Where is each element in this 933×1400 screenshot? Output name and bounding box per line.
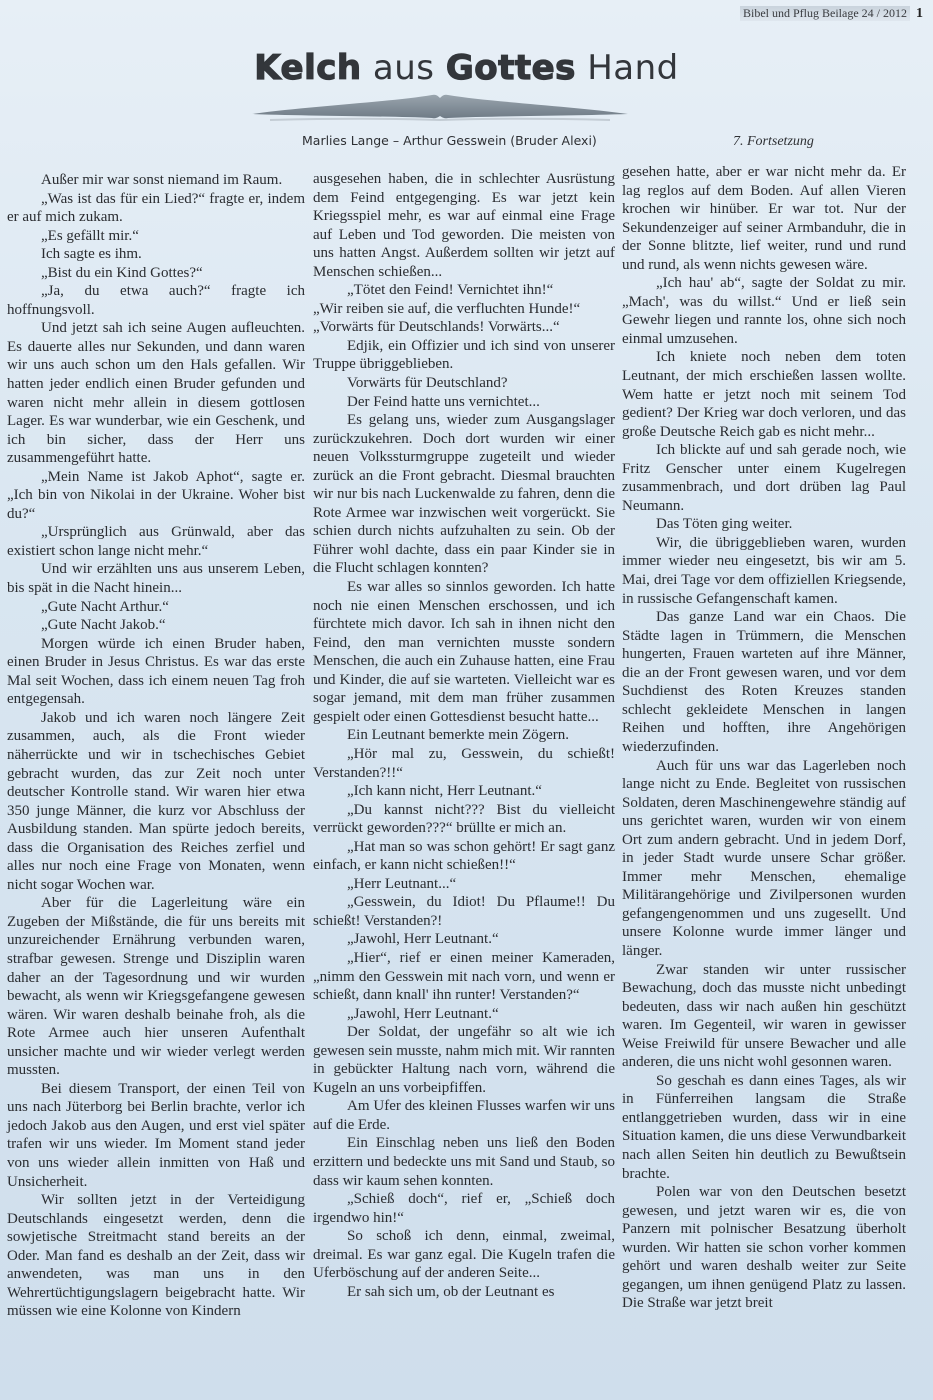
page-number: 1	[916, 6, 923, 22]
title-word-gottes: Gottes	[446, 48, 576, 88]
paragraph: „Du kannst nicht??? Bist du vielleicht v…	[313, 801, 615, 838]
paragraph: So geschah es dann eines Tages, als wir …	[622, 1072, 906, 1183]
paragraph: Außer mir war sonst niemand im Raum.	[7, 171, 305, 190]
paragraph: Und wir erzählten uns aus unserem Leben,…	[7, 560, 305, 597]
paragraph: Ich kniete noch neben dem toten Leutnant…	[622, 348, 906, 441]
paragraph: Es war alles so sinnlos geworden. Ich ha…	[313, 578, 615, 726]
title-word-hand: Hand	[576, 48, 679, 88]
paragraph: „Tötet den Feind! Vernichtet ihn!“	[313, 281, 615, 300]
paragraph: „Jawohl, Herr Leutnant.“	[313, 930, 615, 949]
paragraph: Ich blickte auf und sah gerade noch, wie…	[622, 441, 906, 515]
paragraph: Es gelang uns, wieder zum Ausgangs­lager…	[313, 411, 615, 578]
paragraph: „Ja, du etwa auch?“ fragte ich hoffnungs…	[7, 282, 305, 319]
column-1: Außer mir war sonst niemand im Raum. „Wa…	[7, 171, 305, 1321]
installment-label: 7. Fortsetzung	[733, 134, 814, 150]
paragraph: „Gute Nacht Arthur.“	[7, 598, 305, 617]
paragraph: Aber für die Lagerleitung wäre ein Zugeb…	[7, 894, 305, 1079]
paragraph: „Gesswein, du Idiot! Du Pflaume!! Du sch…	[313, 893, 615, 930]
paragraph: „Ich hau' ab“, sagte der Soldat zu mir. …	[622, 274, 906, 348]
paragraph: Ich sagte es ihm.	[7, 245, 305, 264]
paragraph: Vorwärts für Deutschland?	[313, 374, 615, 393]
paragraph: Wir sollten jetzt in der Verteidigung De…	[7, 1191, 305, 1321]
column-2: ausgesehen haben, die in schlechter Ausr…	[313, 170, 615, 1301]
paragraph: „Was ist das für ein Lied?“ fragte er, i…	[7, 190, 305, 227]
paragraph: ausgesehen haben, die in schlechter Ausr…	[313, 170, 615, 281]
paragraph: „Hör mal zu, Gesswein, du schießt! Verst…	[313, 745, 615, 782]
paragraph: „Ursprünglich aus Grünwald, aber das exi…	[7, 523, 305, 560]
issue-number: 24 / 2012	[862, 6, 907, 20]
paragraph: „Ich kann nicht, Herr Leutnant.“	[313, 782, 615, 801]
paragraph: Morgen würde ich einen Bruder haben, ein…	[7, 635, 305, 709]
publication-title: Bibel und Pflug Beilage	[743, 6, 859, 20]
paragraph: Zwar standen wir unter russischer Bewach…	[622, 961, 906, 1072]
title-word-kelch: Kelch	[254, 48, 361, 88]
byline: Marlies Lange – Arthur Gesswein (Bruder …	[302, 133, 597, 148]
title-word-aus: aus	[362, 48, 446, 88]
paragraph: „Bist du ein Kind Gottes?“	[7, 264, 305, 283]
paragraph: „Gute Nacht Jakob.“	[7, 616, 305, 635]
paragraph: Das ganze Land war ein Chaos. Die Städte…	[622, 608, 906, 756]
title-text: Kelch aus Gottes Hand	[254, 48, 678, 88]
paragraph: Jakob und ich waren noch längere Zeit zu…	[7, 709, 305, 894]
article-title: Kelch aus Gottes Hand	[0, 48, 933, 88]
paragraph: So schoß ich denn, einmal, zweimal, drei…	[313, 1227, 615, 1283]
paragraph: „Wir reiben sie auf, die verfluchten Hun…	[313, 300, 615, 319]
paragraph: „Hat man so was schon gehört! Er sagt ga…	[313, 838, 615, 875]
paragraph: Am Ufer des kleinen Flusses warfen wir u…	[313, 1097, 615, 1134]
paragraph: „Hier“, rief er einen meiner Kame­raden,…	[313, 949, 615, 1005]
paragraph: Und jetzt sah ich seine Augen aufleuchte…	[7, 319, 305, 467]
paragraph: Wir, die übriggeblieben waren, wurden im…	[622, 534, 906, 608]
paragraph: „Herr Leutnant...“	[313, 875, 615, 894]
paragraph: „Schieß doch“, rief er, „Schieß doch irg…	[313, 1190, 615, 1227]
paragraph: Er sah sich um, ob der Leutnant es	[313, 1283, 615, 1302]
paragraph: Bei diesem Transport, der einen Teil von…	[7, 1080, 305, 1191]
paragraph: „Mein Name ist Jakob Aphot“, sagte er. „…	[7, 468, 305, 524]
paragraph: „Es gefällt mir.“	[7, 227, 305, 246]
paragraph: gesehen hatte, aber er war nicht mehr da…	[622, 163, 906, 274]
paragraph: Der Soldat, der ungefähr so alt wie ich …	[313, 1023, 615, 1097]
publication-name: Bibel und Pflug Beilage 24 / 2012	[740, 6, 910, 21]
paragraph: Ein Einschlag neben uns ließ den Boden e…	[313, 1134, 615, 1190]
page-header: Bibel und Pflug Beilage 24 / 2012 1	[740, 6, 923, 22]
paragraph: Das Töten ging weiter.	[622, 515, 906, 534]
paragraph: Auch für uns war das Lagerleben noch lan…	[622, 757, 906, 961]
paragraph: Ein Leutnant bemerkte mein Zögern.	[313, 726, 615, 745]
wing-ornament-icon	[250, 92, 630, 124]
column-3: gesehen hatte, aber er war nicht mehr da…	[622, 163, 906, 1313]
paragraph: Der Feind hatte uns vernichtet...	[313, 393, 615, 412]
paragraph: „Jawohl, Herr Leutnant.“	[313, 1005, 615, 1024]
paragraph: Edjik, ein Offizier und ich sind von uns…	[313, 337, 615, 374]
paragraph: „Vorwärts für Deutschlands! Vorwärts...“	[313, 318, 615, 337]
paragraph: Polen war von den Deutschen besetzt gewe…	[622, 1183, 906, 1313]
article-body: Außer mir war sonst niemand im Raum. „Wa…	[0, 171, 933, 1391]
